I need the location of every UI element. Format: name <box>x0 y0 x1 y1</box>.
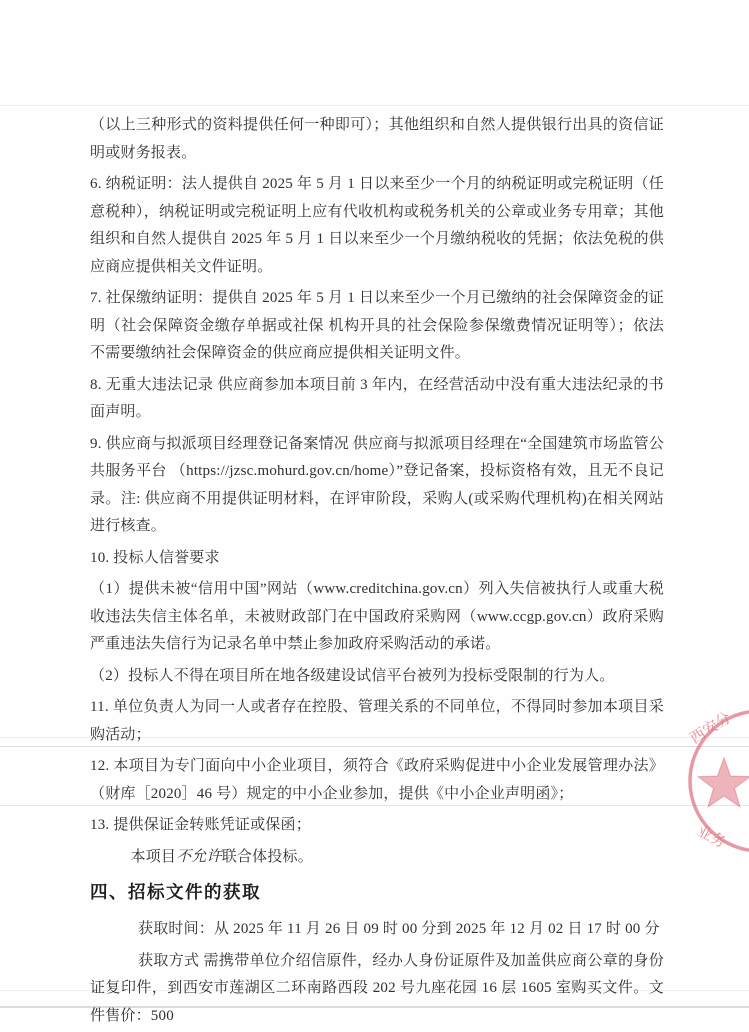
item-9-registration: 9. 供应商与拟派项目经理登记备案情况 供应商与拟派项目经理在“全国建筑市场监管… <box>90 431 664 541</box>
scan-artifact-line <box>0 105 749 106</box>
seal-star-icon <box>698 758 749 807</box>
item-11-same-person: 11. 单位负责人为同一人或者存在控股、管理关系的不同单位，不得同时参加本项目采… <box>90 694 664 749</box>
item-10-sub-1: （1）提供未被“信用中国”网站（www.creditchina.gov.cn）列… <box>90 576 664 659</box>
seal-arc-top-text: 西安分 <box>687 708 735 747</box>
item-13-deposit: 13. 提供保证金转账凭证或保函； <box>90 812 664 840</box>
document-text-block: （以上三种形式的资料提供任何一种即可）；其他组织和自然人提供银行出具的资信证明或… <box>90 112 664 1032</box>
item-10-sub-2: （2）投标人不得在项目所在地各级建设试信平台被列为投标受限制的行为人。 <box>90 663 664 691</box>
seal-circle <box>690 711 749 851</box>
section-4-heading: 四、招标文件的获取 <box>90 878 664 907</box>
scanned-document-page: （以上三种形式的资料提供任何一种即可）；其他组织和自然人提供银行出具的资信证明或… <box>0 0 749 1032</box>
official-seal-stamp: 西安分 业务 <box>686 702 749 858</box>
joint-bid-statement: 本项目不允许联合体投标。 <box>90 844 664 872</box>
acquisition-time: 获取时间：从 2025 年 11 月 26 日 09 时 00 分到 2025 … <box>90 916 664 944</box>
joint-bid-pre: 本项目 <box>131 849 177 865</box>
joint-bid-post: 联合体投标。 <box>222 849 313 865</box>
intro-continuation: （以上三种形式的资料提供任何一种即可）；其他组织和自然人提供银行出具的资信证明或… <box>90 112 664 167</box>
item-6-tax-certificate: 6. 纳税证明：法人提供自 2025 年 5 月 1 日以来至少一个月的纳税证明… <box>90 171 664 281</box>
acquisition-method: 获取方式 需携带单位介绍信原件，经办人身份证原件及加盖供应商公章的身份证复印件，… <box>90 948 664 1031</box>
item-12-sme: 12. 本项目为专门面向中小企业项目，须符合《政府采购促进中小企业发展管理办法》… <box>90 753 664 808</box>
joint-bid-emphasis: 不允许 <box>176 849 222 865</box>
item-8-no-major-violation: 8. 无重大违法记录 供应商参加本项目前 3 年内，在经营活动中没有重大违法纪录… <box>90 372 664 427</box>
seal-arc-bottom-text: 业务 <box>694 822 729 852</box>
item-7-social-insurance: 7. 社保缴纳证明：提供自 2025 年 5 月 1 日以来至少一个月已缴纳的社… <box>90 285 664 368</box>
item-10-credit-requirements: 10. 投标人信誉要求 <box>90 545 664 573</box>
